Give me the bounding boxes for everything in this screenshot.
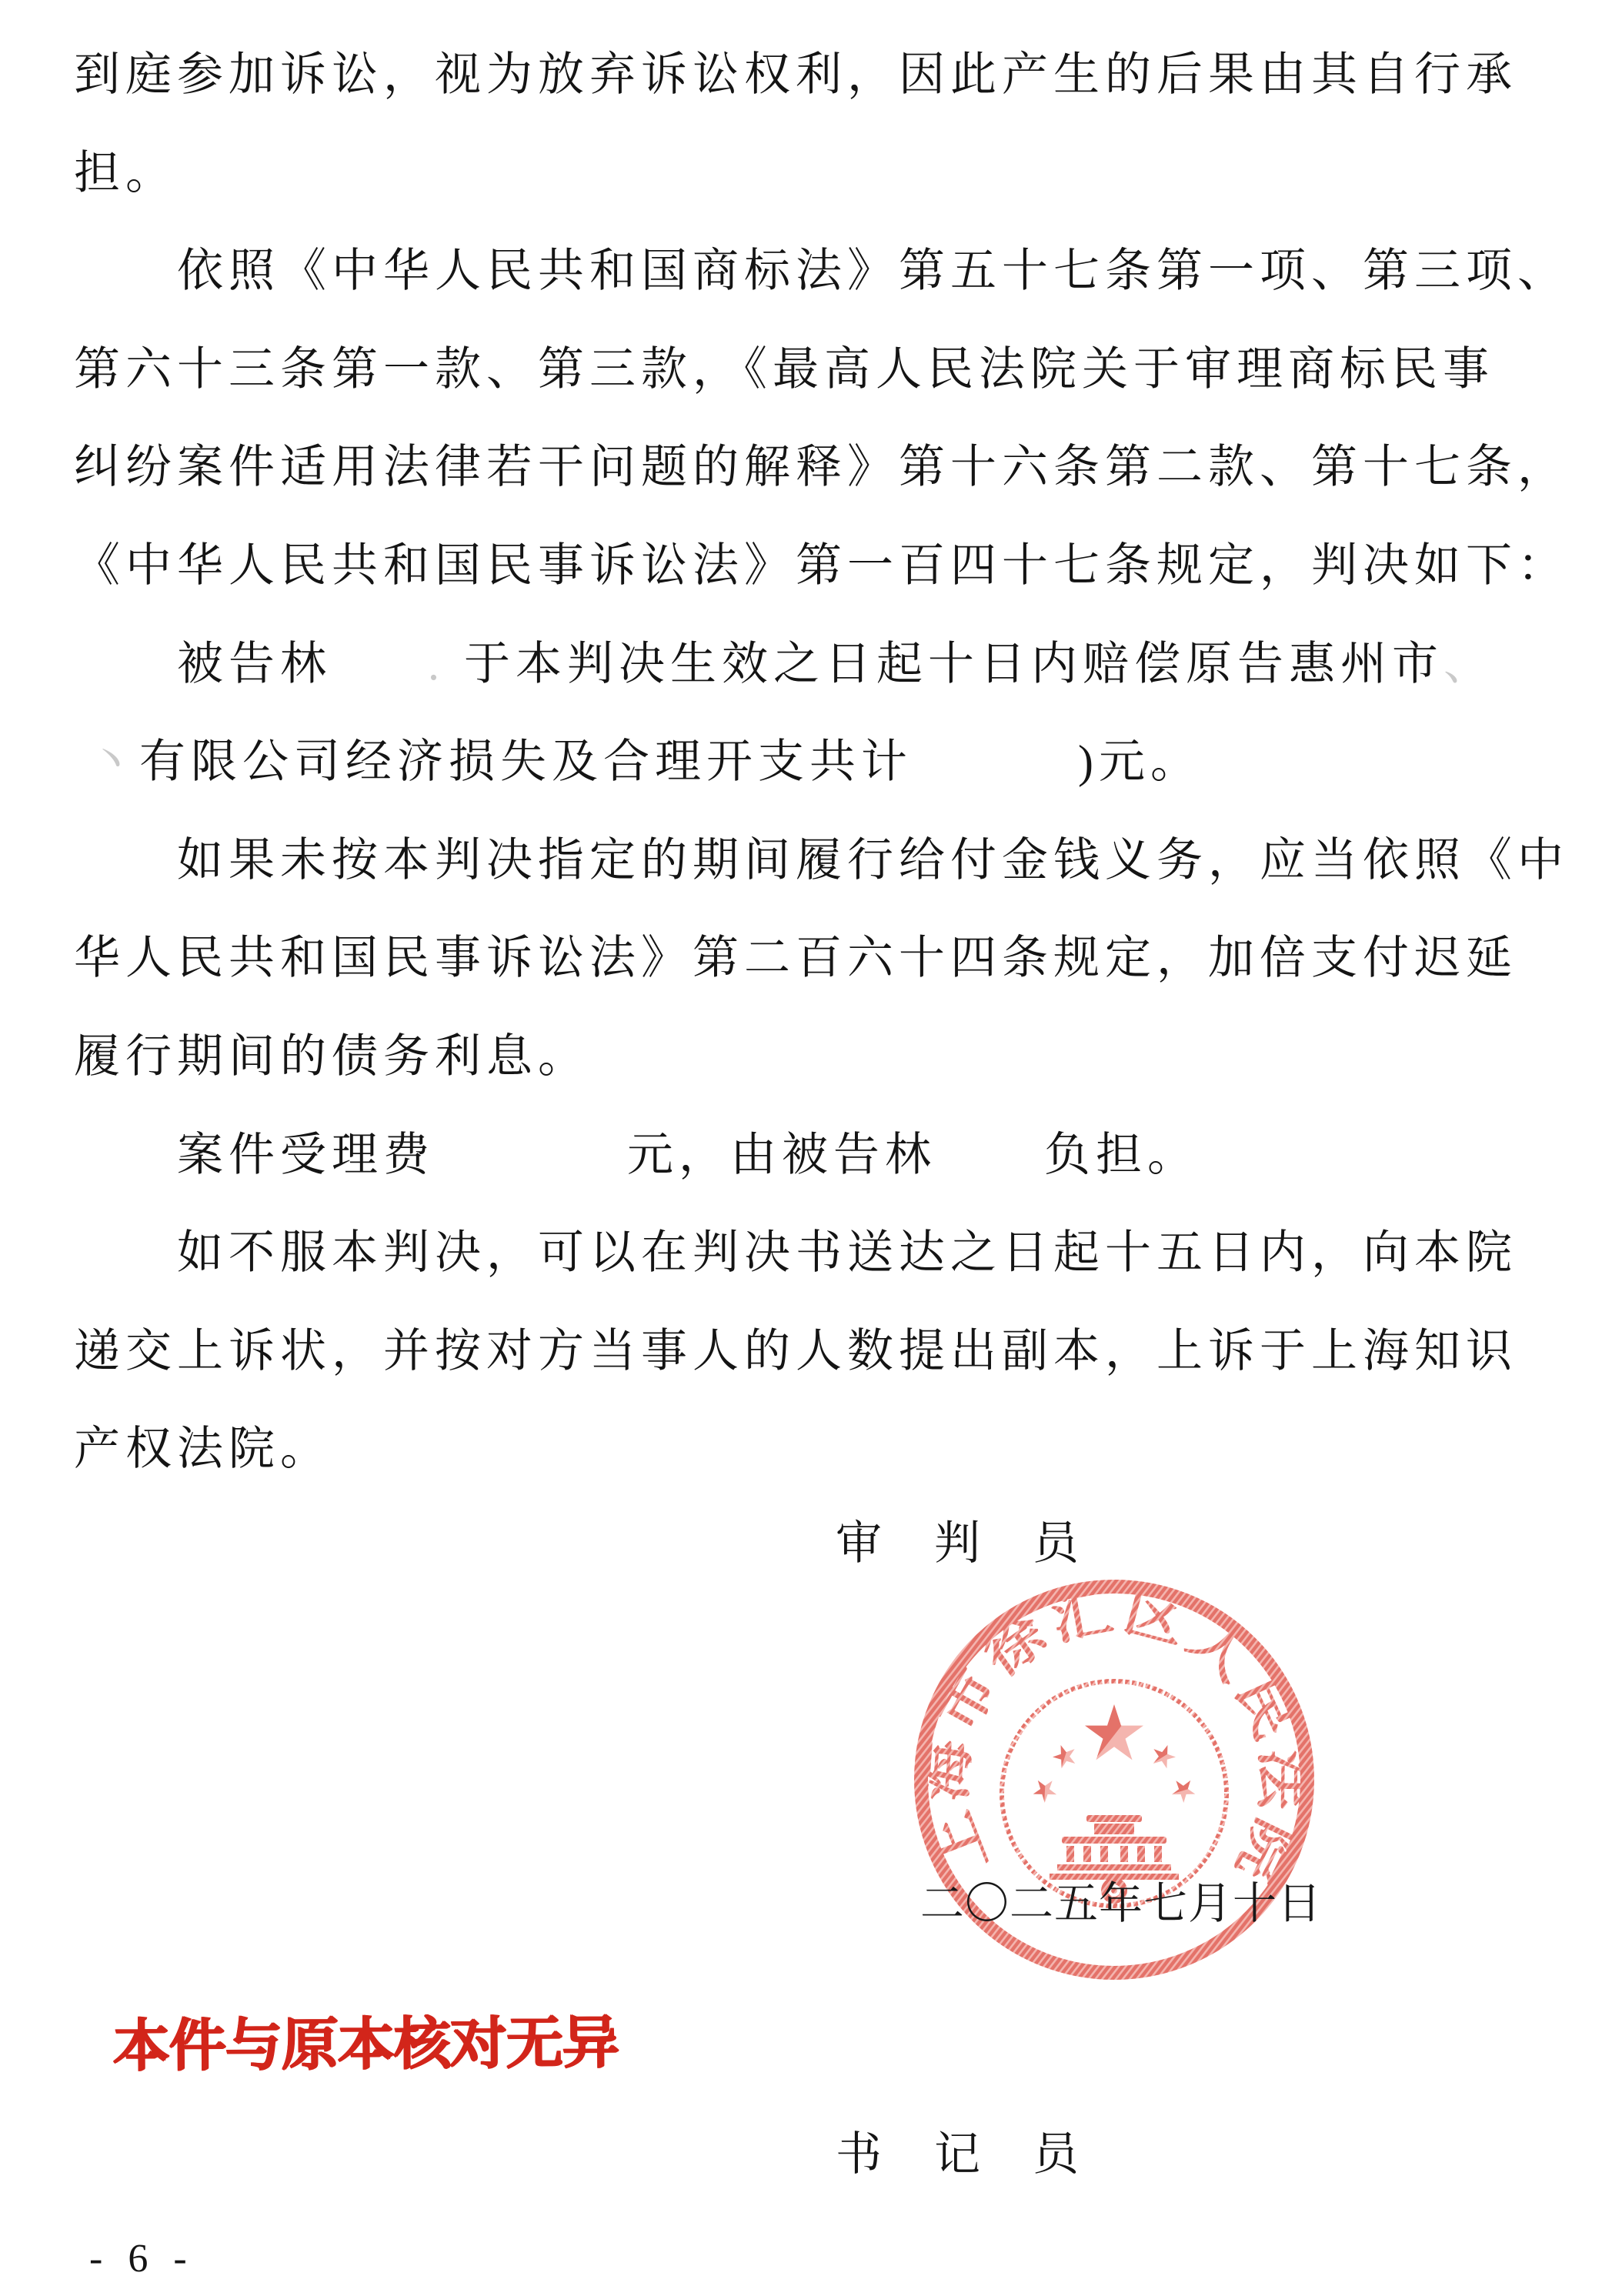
- redaction-gap: [74, 1163, 177, 1170]
- text-run: 到庭参加诉讼，视为放弃诉讼权利，因此产生的后果由其自行承: [74, 49, 1517, 100]
- text-run: 《中华人民共和国民事诉讼法》第一百四十七条规定，判决如下：: [74, 540, 1569, 591]
- judge-title: 审 判 员: [836, 1507, 1082, 1573]
- redaction-remnant-mark: .: [428, 639, 445, 689]
- text-run: 纠纷案件适用法律若干问题的解释》第十六条第二款、第十七条，: [74, 442, 1569, 492]
- emblem-small-star-icon: [1149, 1741, 1178, 1770]
- text-run: 依照《中华人民共和国商标法》第五十七条第一项、第三项、: [177, 245, 1569, 296]
- redaction-gap: [74, 1260, 177, 1268]
- redaction-gap: [74, 769, 88, 777]
- redaction-gap: [913, 769, 1078, 777]
- body-line: 到庭参加诉讼，视为放弃诉讼权利，因此产生的后果由其自行承: [74, 26, 1597, 125]
- text-run: 如不服本判决，可以在判决书送达之日起十五日内，向本院: [177, 1227, 1517, 1278]
- text-run: 华人民共和国民事诉讼法》第二百六十四条规定，加倍支付迟延: [74, 933, 1517, 983]
- page-number: - 6 -: [89, 2236, 195, 2281]
- body-line: 被告林.于本判决生效之日起十日内赔偿原告惠州市、: [74, 616, 1597, 714]
- judgment-page: 到庭参加诉讼，视为放弃诉讼权利，因此产生的后果由其自行承担。依照《中华人民共和国…: [0, 0, 1622, 2296]
- redaction-gap: [74, 672, 177, 679]
- judgment-date: 二〇二五年七月十日: [920, 1868, 1322, 1931]
- text-run: 履行期间的债务利息。: [74, 1031, 589, 1082]
- redaction-remnant-mark: 、: [1443, 639, 1495, 689]
- text-run: 负担。: [1044, 1130, 1199, 1180]
- body-line: 产权法院。: [74, 1400, 1597, 1499]
- text-run: 担。: [74, 148, 177, 199]
- emblem-small-star-icon: [1168, 1774, 1200, 1805]
- body-line: 案件受理费元，由被告林负担。: [74, 1106, 1597, 1205]
- body-line: 如果未按本判决指定的期间履行给付金钱义务，应当依照《中: [74, 812, 1597, 910]
- body-line: 递交上诉状，并按对方当事人的人数提出副本，上诉于上海知识: [74, 1303, 1597, 1401]
- clerk-title: 书 记 员: [836, 2117, 1082, 2184]
- text-run: 第六十三条第一款、第三款，《最高人民法院关于审理商标民事: [74, 344, 1494, 395]
- body-line: 依照《中华人民共和国商标法》第五十七条第一项、第三项、: [74, 222, 1597, 321]
- verification-stamp: 本件与原本核对无异: [112, 1997, 619, 2083]
- body-line: 《中华人民共和国民事诉讼法》第一百四十七条规定，判决如下：: [74, 517, 1597, 616]
- text-run: )元。: [1078, 736, 1202, 787]
- emblem-small-star-icon: [1028, 1774, 1060, 1805]
- text-run: 产权法院。: [74, 1423, 332, 1474]
- body-line: 担。: [74, 125, 1597, 223]
- body-line: 纠纷案件适用法律若干问题的解释》第十六条第二款、第十七条，: [74, 419, 1597, 517]
- body-line: 华人民共和国民事诉讼法》第二百六十四条规定，加倍支付迟延: [74, 909, 1597, 1008]
- redaction-remnant-mark: 丶: [88, 736, 139, 787]
- emblem-small-star-icon: [1050, 1741, 1079, 1770]
- redaction-gap: [74, 868, 177, 876]
- text-run: 于本判决生效之日起十日内赔偿原告惠州市: [464, 639, 1443, 689]
- redaction-gap: [74, 279, 177, 286]
- body-line: 第六十三条第一款、第三款，《最高人民法院关于审理商标民事: [74, 321, 1597, 419]
- body-line: 丶有限公司经济损失及合理开支共计)元。: [74, 713, 1597, 812]
- redaction-gap: [445, 672, 464, 679]
- redaction-gap: [332, 672, 428, 679]
- redaction-gap: [435, 1163, 627, 1170]
- body-line: 如不服本判决，可以在判决书送达之日起十五日内，向本院: [74, 1204, 1597, 1303]
- text-run: 有限公司经济损失及合理开支共计: [139, 736, 913, 787]
- redaction-gap: [936, 1163, 1044, 1170]
- emblem-big-star-icon: [1085, 1704, 1143, 1760]
- text-run: 被告林: [177, 639, 332, 689]
- body-line: 履行期间的债务利息。: [74, 1008, 1597, 1106]
- text-run: 递交上诉状，并按对方当事人的人数提出副本，上诉于上海知识: [74, 1326, 1517, 1377]
- text-run: 案件受理费: [177, 1130, 435, 1180]
- text-run: 元，由被告林: [627, 1130, 936, 1180]
- text-run: 如果未按本判决指定的期间履行给付金钱义务，应当依照《中: [177, 835, 1569, 886]
- judgment-body: 到庭参加诉讼，视为放弃诉讼权利，因此产生的后果由其自行承担。依照《中华人民共和国…: [74, 26, 1597, 1499]
